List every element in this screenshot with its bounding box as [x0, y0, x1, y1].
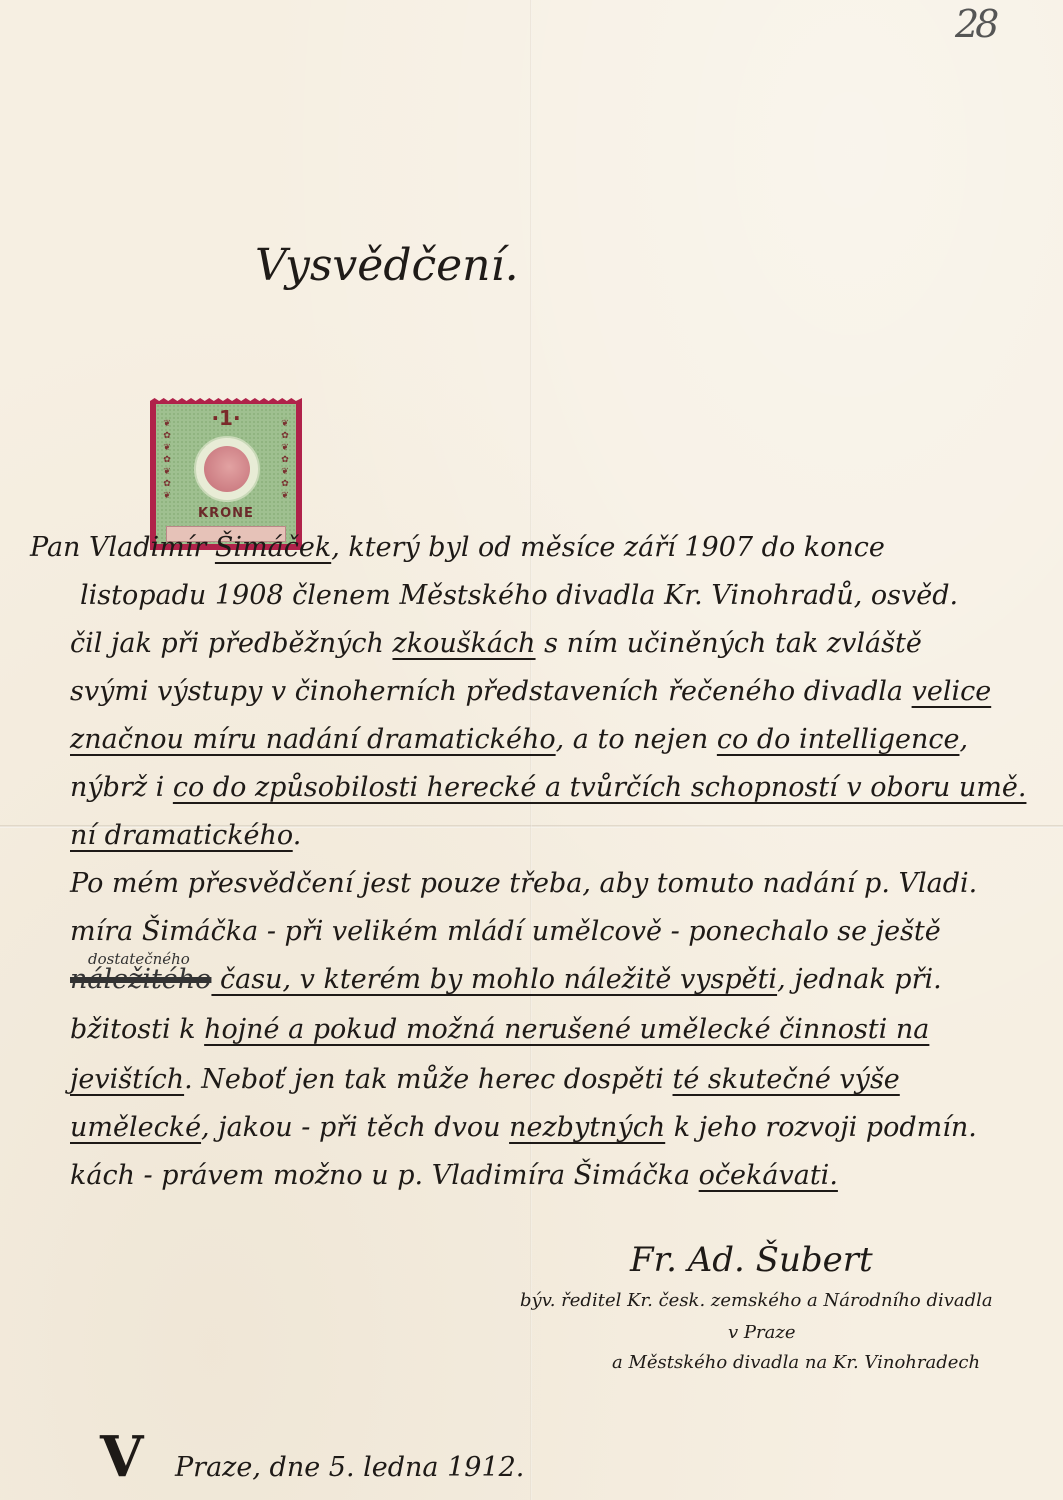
dateline-mark: V: [100, 1424, 143, 1490]
text-segment: listopadu 1908 členem Městského divadla …: [80, 580, 958, 611]
stamp-currency: KRONE: [156, 506, 296, 521]
text-segment: , a to nejen: [556, 724, 717, 755]
underlined-phrase: času, v kterém by mohlo náležitě vyspěti: [211, 964, 777, 995]
text-segment: kách - právem možno u p. Vladimíra Šimáč…: [70, 1160, 699, 1191]
struck-word: náležitého: [70, 964, 211, 995]
signature-role-line-3: a Městského divadla na Kr. Vinohradech: [612, 1352, 980, 1373]
underlined-phrase: nezbytných: [509, 1112, 665, 1143]
underlined-phrase: velice: [912, 676, 992, 707]
dateline: Praze, dne 5. ledna 1912.: [175, 1452, 524, 1483]
text-segment: Po mém přesvědčení jest pouze třeba, aby…: [70, 868, 977, 899]
body-line: svými výstupy v činoherních představeníc…: [70, 676, 991, 707]
text-segment: čil jak při předběžných: [70, 628, 392, 659]
body-line: jevištích. Neboť jen tak může herec dosp…: [70, 1064, 900, 1095]
underlined-phrase: co do intelligence: [717, 724, 960, 755]
signature-role-line-1: býv. ředitel Kr. česk. zemského a Národn…: [520, 1290, 993, 1311]
text-segment: svými výstupy v činoherních představeníc…: [70, 676, 912, 707]
body-line: nýbrž i co do způsobilosti herecké a tvů…: [70, 772, 1026, 803]
document-title: Vysvědčení.: [255, 240, 519, 291]
text-segment: ,: [959, 724, 968, 755]
garland-ornament-icon: ❦✿❦✿❦✿❦: [280, 418, 290, 514]
body-line: bžitosti k hojné a pokud možná nerušené …: [70, 1014, 929, 1045]
garland-ornament-icon: ❦✿❦✿❦✿❦: [162, 418, 172, 514]
underlined-phrase: co do způsobilosti herecké a tvůrčích sc…: [173, 772, 1027, 803]
body-line: míra Šimáčka - při velikém mládí umělcov…: [70, 916, 941, 947]
body-line: čil jak při předběžných zkouškách s ním …: [70, 628, 922, 659]
text-segment: s ním učiněných tak zvláště: [536, 628, 922, 659]
body-line: Po mém přesvědčení jest pouze třeba, aby…: [70, 868, 977, 899]
text-segment: nýbrž i: [70, 772, 173, 803]
text-segment: k jeho rozvoji podmín.: [665, 1112, 977, 1143]
stamp-medallion: [194, 436, 260, 502]
text-segment: , který byl od měsíce září 1907 do konce: [331, 532, 885, 563]
revenue-stamp: ❦✿❦✿❦✿❦ ❦✿❦✿❦✿❦ ·1· KRONE: [150, 398, 302, 550]
underlined-phrase: jevištích: [70, 1064, 184, 1095]
stamp-value: ·1·: [156, 406, 296, 430]
signature-role-line-2: v Praze: [728, 1322, 795, 1343]
folio-number: 28: [955, 2, 995, 46]
body-line: značnou míru nadání dramatického, a to n…: [70, 724, 968, 755]
underlined-phrase: umělecké: [70, 1112, 201, 1143]
text-segment: Pan Vladimír: [30, 532, 215, 563]
body-line: náležitého času, v kterém by mohlo nálež…: [70, 964, 942, 995]
body-line: Pan Vladimír Šimáček, který byl od měsíc…: [30, 532, 885, 563]
body-line: kách - právem možno u p. Vladimíra Šimáč…: [70, 1160, 838, 1191]
underlined-phrase: hojné a pokud možná nerušené umělecké či…: [204, 1014, 929, 1045]
underlined-phrase: značnou míru nadání dramatického: [70, 724, 556, 755]
text-segment: .: [293, 820, 302, 851]
interlinear-correction: dostatečného: [88, 950, 190, 968]
underlined-phrase: zkouškách: [392, 628, 535, 659]
signature-name: Fr. Ad. Šubert: [630, 1240, 873, 1280]
text-segment: . Neboť jen tak může herec dospěti: [184, 1064, 672, 1095]
emperor-portrait-icon: [204, 446, 250, 492]
text-segment: , jednak při.: [777, 964, 942, 995]
underlined-phrase: té skutečné výše: [673, 1064, 900, 1095]
body-line: listopadu 1908 členem Městského divadla …: [80, 580, 958, 611]
underlined-phrase: Šimáček: [215, 532, 331, 563]
text-segment: , jakou - při těch dvou: [201, 1112, 509, 1143]
text-segment: míra Šimáčka - při velikém mládí umělcov…: [70, 916, 941, 947]
body-line: umělecké, jakou - při těch dvou nezbytný…: [70, 1112, 977, 1143]
body-line: ní dramatického.: [70, 820, 301, 851]
underlined-phrase: očekávati.: [699, 1160, 838, 1191]
underlined-phrase: ní dramatického: [70, 820, 293, 851]
text-segment: bžitosti k: [70, 1014, 204, 1045]
